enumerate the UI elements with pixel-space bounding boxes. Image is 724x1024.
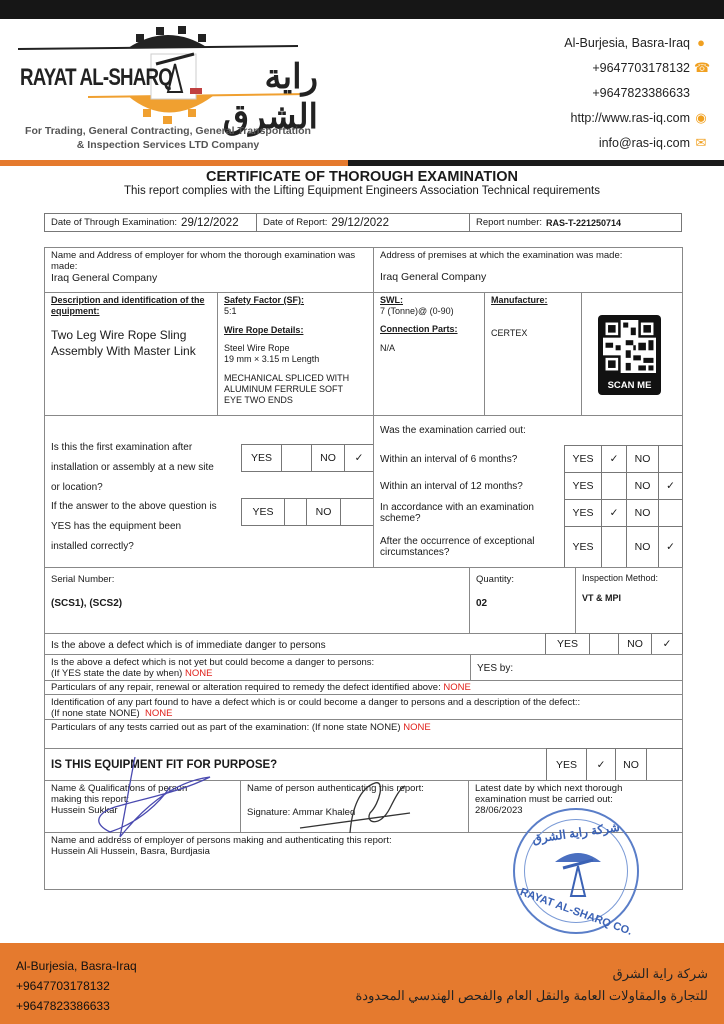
manufacture-value: CERTEX — [491, 328, 575, 339]
equipment-description-cell: Description and identification of the eq… — [44, 292, 218, 416]
first-exam-question: Is this the first examination after inst… — [51, 438, 214, 498]
serial-number-cell: Serial Number: (SCS1), (SCS2) — [44, 567, 470, 634]
header-divider-black — [348, 160, 724, 166]
fit-no-checkbox[interactable] — [647, 749, 682, 780]
exam-interval-heading: Was the examination carried out: — [380, 425, 526, 436]
exam-date-value: 29/12/2022 — [181, 217, 239, 229]
authenticator-cell: Name of person authenticating this repor… — [240, 780, 469, 833]
repair-value: NONE — [443, 682, 470, 693]
repair-row: Particulars of any repair, renewal or al… — [44, 680, 683, 695]
exam-date-cell: Date of Through Examination:29/12/2022 — [45, 214, 257, 231]
qr-code-icon — [603, 320, 656, 373]
certificate-subtitle: This report complies with the Lifting Eq… — [0, 185, 724, 197]
employer-cell: Name and Address of employer for whom th… — [44, 247, 374, 293]
tests-value: NONE — [403, 722, 430, 733]
quantity-cell: Quantity: 02 — [469, 567, 576, 634]
first-exam-questions-cell: Is this the first examination after inst… — [44, 415, 374, 568]
dates-row: Date of Through Examination:29/12/2022 D… — [44, 213, 682, 232]
exam-interval-yes-no: YESNO✓ — [564, 472, 683, 500]
exam-interval-question: Within an interval of 6 months? — [380, 445, 560, 473]
safety-wire-cell: Safety Factor (SF): 5:1 Wire Rope Detail… — [217, 292, 374, 416]
qr-code[interactable]: SCAN ME — [598, 315, 661, 395]
scan-me-label: SCAN ME — [598, 380, 661, 391]
contact-website[interactable]: http://www.ras-iq.com◉ — [564, 105, 708, 130]
safety-factor-value: 5:1 — [224, 306, 367, 317]
company-logo: RAYAT AL-SHARQ راية الشرق — [18, 24, 318, 124]
installed-correctly-question: If the answer to the above question is Y… — [51, 497, 217, 557]
telephone-icon: ☎ — [694, 61, 708, 75]
tagline-line-1: For Trading, General Contracting, Genera… — [18, 124, 318, 138]
globe-icon: ◉ — [694, 111, 708, 125]
inspection-method-cell: Inspection Method: VT & MPI — [575, 567, 683, 634]
top-bar — [0, 0, 724, 19]
company-tagline: For Trading, General Contracting, Genera… — [18, 124, 318, 152]
contact-phone-2[interactable]: +9647823386633 — [564, 80, 708, 105]
location-pin-icon: ● — [694, 36, 708, 50]
maker-name: Hussein Sukkar — [51, 805, 234, 816]
exam-interval-no-checkbox[interactable]: ✓ — [659, 527, 682, 567]
company-stamp: شركة راية الشرق RAYAT AL-SHARQ CO. — [513, 808, 639, 934]
quantity-value: 02 — [476, 598, 569, 609]
tagline-line-2: & Inspection Services LTD Company — [18, 138, 318, 152]
report-date-cell: Date of Report:29/12/2022 — [257, 214, 470, 231]
contact-address: Al-Burjesia, Basra-Iraq● — [564, 30, 708, 55]
inspection-method-value: VT & MPI — [582, 593, 676, 604]
footer-arabic-company: شركة راية الشرق للتجارة والمقاولات العام… — [356, 963, 709, 1007]
stamp-derrick-icon — [553, 844, 603, 899]
exam-interval-yes-checkbox[interactable]: ✓ — [602, 446, 627, 472]
defect-part-row: Identification of any part found to have… — [44, 694, 683, 720]
exam-interval-yes-no: YES✓NO — [564, 499, 683, 527]
exam-interval-no-checkbox[interactable]: ✓ — [659, 473, 682, 499]
envelope-icon: ✉ — [694, 136, 708, 150]
premises-cell: Address of premises at which the examina… — [373, 247, 683, 293]
employer-value: Iraq General Company — [51, 273, 367, 284]
footer: Al-Burjesia, Basra-Iraq +9647703178132 +… — [0, 943, 724, 1024]
authenticator-signature: Signature: Ammar Khaled — [247, 807, 462, 818]
swl-value: 7 (Tonne)@ (0-90) — [380, 306, 478, 317]
exam-interval-yes-no: YES✓NO — [564, 445, 683, 473]
serial-number-value: (SCS1), (SCS2) — [51, 598, 463, 609]
first-exam-yes-checkbox[interactable] — [282, 445, 312, 471]
immediate-danger-yes-no: YES NO ✓ — [545, 633, 683, 655]
exam-interval-question: After the occurrence of exceptional circ… — [380, 526, 560, 568]
maker-cell: Name & Qualifications of person making t… — [44, 780, 241, 833]
exam-interval-question: Within an interval of 12 months? — [380, 472, 560, 500]
contact-email[interactable]: info@ras-iq.com✉ — [564, 130, 708, 155]
installed-no-checkbox[interactable] — [341, 499, 373, 525]
report-number-value: RAS-T-221250714 — [546, 218, 621, 228]
exam-interval-yes-checkbox[interactable]: ✓ — [602, 500, 627, 526]
exam-interval-yes-checkbox[interactable] — [602, 473, 627, 499]
fit-for-purpose-yes-no: YES ✓ NO — [546, 748, 683, 781]
exam-interval-yes-checkbox[interactable] — [602, 527, 627, 567]
first-exam-yes-no: YES NO ✓ — [241, 444, 374, 472]
future-danger-value: NONE — [185, 668, 212, 679]
installed-yes-checkbox[interactable] — [285, 499, 307, 525]
manufacture-cell: Manufacture: CERTEX — [484, 292, 582, 416]
report-number-cell: Report number:RAS-T-221250714 — [470, 214, 681, 231]
exam-interval-yes-no: YESNO✓ — [564, 526, 683, 568]
first-exam-no-checkbox[interactable]: ✓ — [345, 445, 373, 471]
logo-english-text: RAYAT AL-SHARQ — [20, 64, 172, 92]
future-danger-cell: Is the above a defect which is not yet b… — [44, 654, 471, 681]
header-divider-orange — [0, 160, 348, 166]
equipment-description-value: Two Leg Wire Rope Sling Assembly With Ma… — [51, 327, 211, 359]
installed-correctly-yes-no: YES NO — [241, 498, 374, 526]
contact-phone-1[interactable]: +9647703178132☎ — [564, 55, 708, 80]
footer-contacts: Al-Burjesia, Basra-Iraq +9647703178132 +… — [16, 956, 137, 1016]
immediate-danger-yes-checkbox[interactable] — [590, 634, 619, 654]
exam-interval-no-checkbox[interactable] — [659, 500, 682, 526]
premises-value: Iraq General Company — [380, 272, 676, 283]
report-date-value: 29/12/2022 — [331, 217, 389, 229]
header-contacts: Al-Burjesia, Basra-Iraq● +9647703178132☎… — [564, 30, 708, 155]
certificate-title: CERTIFICATE OF THOROUGH EXAMINATION — [0, 169, 724, 185]
defect-part-value: NONE — [145, 708, 172, 719]
connection-parts-value: N/A — [380, 343, 478, 354]
yes-by-cell: YES by: — [470, 654, 683, 681]
immediate-danger-no-checkbox[interactable]: ✓ — [652, 634, 682, 654]
tests-row: Particulars of any tests carried out as … — [44, 719, 683, 749]
exam-interval-no-checkbox[interactable] — [659, 446, 682, 472]
fit-yes-checkbox[interactable]: ✓ — [587, 749, 616, 780]
swl-connection-cell: SWL: 7 (Tonne)@ (0-90) Connection Parts:… — [373, 292, 485, 416]
exam-interval-question: In accordance with an examination scheme… — [380, 499, 560, 527]
